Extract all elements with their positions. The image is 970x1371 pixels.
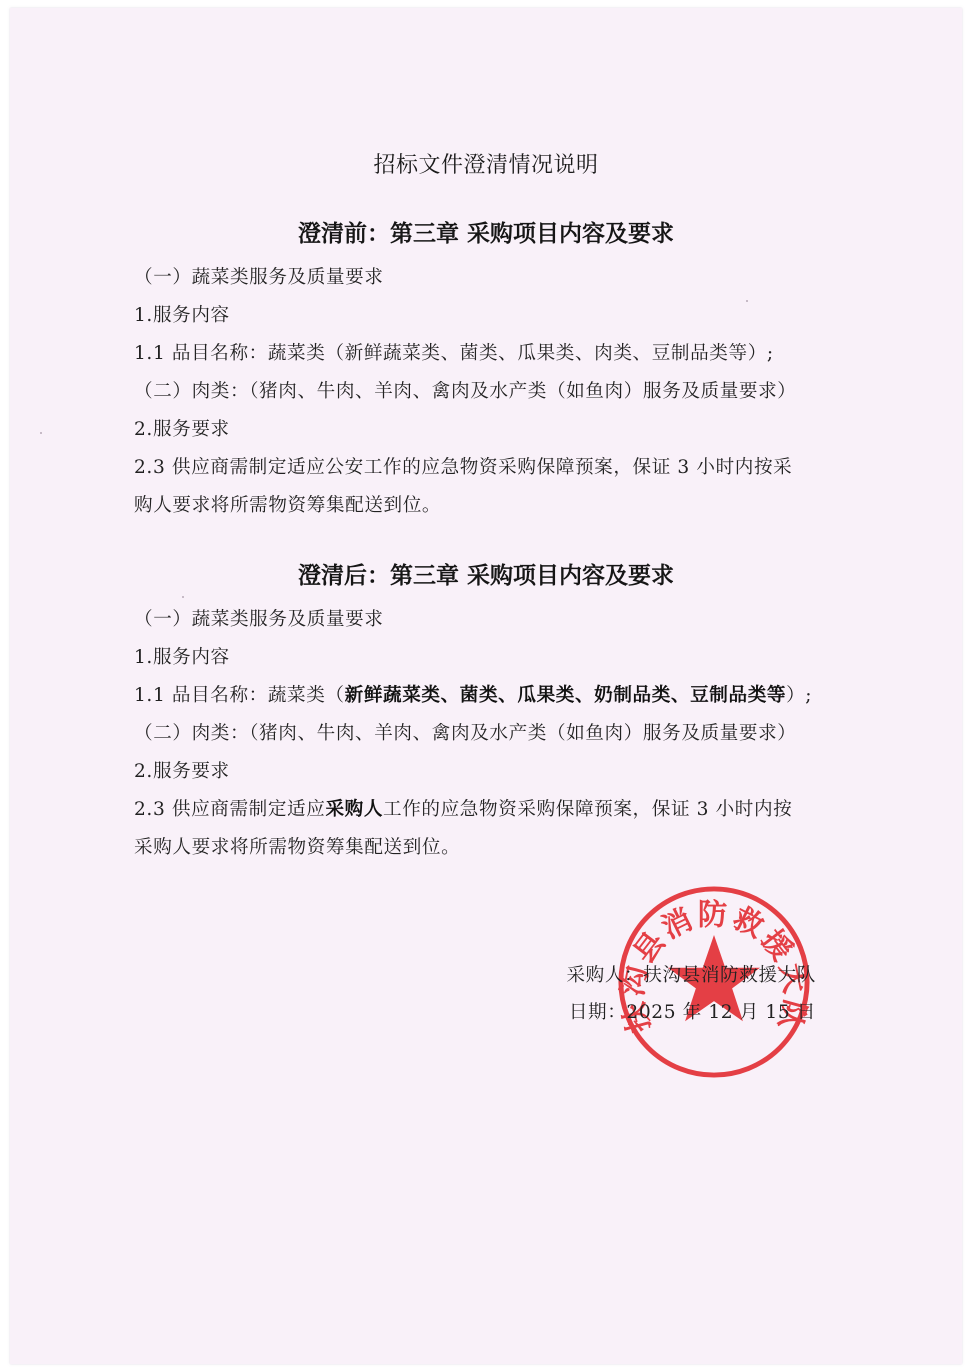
scan-speck [40, 432, 42, 434]
after-line-6: 2.3 供应商需制定适应采购人工作的应急物资采购保障预案，保证 3 小时内按 [134, 795, 792, 821]
after-line-7: 采购人要求将所需物资筹集配送到位。 [134, 833, 460, 859]
before-line-4: （二）肉类：（猪肉、牛肉、羊肉、禽肉及水产类（如鱼肉）服务及质量要求） [134, 377, 796, 403]
after-line-3-bold: 新鲜蔬菜类、菌类、瓜果类、奶制品类、豆制品类等 [345, 685, 786, 706]
section-heading-after: 澄清后：第三章 采购项目内容及要求 [10, 557, 962, 590]
document-page: 招标文件澄清情况说明 澄清前：第三章 采购项目内容及要求 （一）蔬菜类服务及质量… [10, 8, 962, 1364]
scan-speck [746, 300, 748, 302]
after-line-1: （一）蔬菜类服务及质量要求 [134, 605, 384, 631]
purchaser-signature: 采购人：扶沟县消防救援大队 [566, 961, 816, 987]
after-line-3: 1.1 品目名称：蔬菜类（新鲜蔬菜类、菌类、瓜果类、奶制品类、豆制品类等）; [134, 681, 812, 707]
after-line-6-prefix: 2.3 供应商需制定适应 [134, 799, 325, 820]
document-title: 招标文件澄清情况说明 [10, 148, 962, 179]
after-line-6-bold: 采购人 [325, 799, 383, 820]
before-line-7: 购人要求将所需物资筹集配送到位。 [134, 491, 441, 517]
after-line-5: 2.服务要求 [134, 757, 230, 783]
after-line-3-prefix: 1.1 品目名称：蔬菜类（ [134, 685, 345, 706]
after-line-6-suffix: 工作的应急物资采购保障预案，保证 3 小时内按 [383, 799, 792, 820]
after-line-4: （二）肉类：（猪肉、牛肉、羊肉、禽肉及水产类（如鱼肉）服务及质量要求） [134, 719, 796, 745]
after-line-3-suffix: ）; [786, 685, 812, 706]
before-line-2: 1.服务内容 [134, 301, 230, 327]
signature-date: 日期：2025 年 12 月 15 日 [569, 998, 816, 1024]
before-line-3: 1.1 品目名称：蔬菜类（新鲜蔬菜类、菌类、瓜果类、肉类、豆制品类等）; [134, 339, 774, 365]
before-line-1: （一）蔬菜类服务及质量要求 [134, 263, 384, 289]
section-heading-before: 澄清前：第三章 采购项目内容及要求 [10, 215, 962, 248]
after-line-2: 1.服务内容 [134, 643, 230, 669]
before-line-5: 2.服务要求 [134, 415, 230, 441]
before-line-6: 2.3 供应商需制定适应公安工作的应急物资采购保障预案，保证 3 小时内按采 [134, 453, 792, 479]
scan-speck [182, 596, 184, 598]
